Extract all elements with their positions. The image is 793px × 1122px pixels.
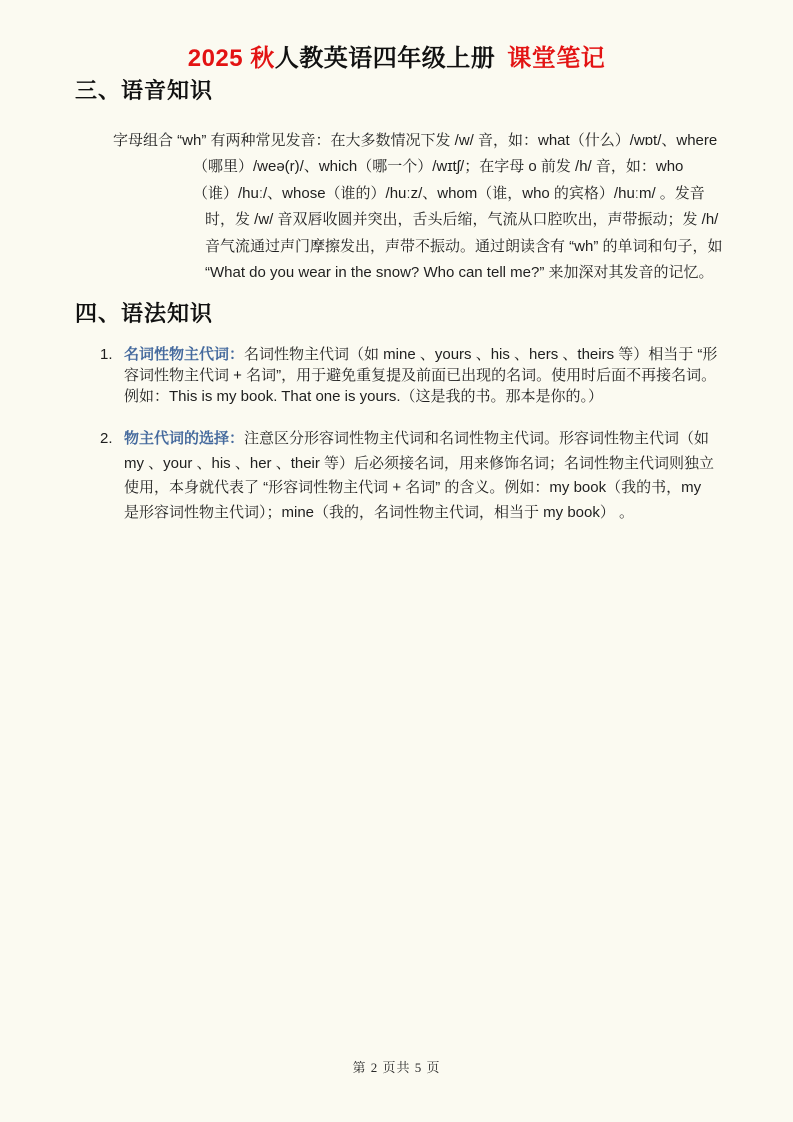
- list-item-number: 2.: [100, 427, 113, 452]
- phonetics-section-heading: 三、语音知识: [75, 74, 213, 105]
- phonetics-line: 音气流通过声门摩擦发出，声带不振动。通过朗读含有 “wh” 的单词和句子，如: [205, 234, 723, 260]
- phonetics-line: 时，发 /w/ 音双唇收圆并突出，舌头后缩，气流从口腔吹出，声带振动；发 /h/: [205, 207, 723, 233]
- page-number-footer: 第 2 页共 5 页: [0, 1057, 793, 1076]
- phonetics-paragraph: 字母组合 “wh” 有两种常见发音：在大多数情况下发 /w/ 音，如：what（…: [75, 128, 723, 286]
- list-item-label: 物主代词的选择：: [124, 430, 244, 447]
- list-item-number: 1.: [100, 344, 113, 365]
- document-title: 2025 秋人教英语四年级上册课堂笔记: [0, 38, 793, 73]
- title-black-middle: 人教英语四年级上册: [275, 45, 496, 72]
- phonetics-line: “What do you wear in the snow? Who can t…: [205, 260, 723, 286]
- phonetics-line: （哪里）/weə(r)/、which（哪一个）/wɪtʃ/；在字母 o 前发 /…: [193, 154, 723, 180]
- grammar-list: 1. 名词性物主代词：名词性物主代词（如 mine 、yours 、his 、h…: [100, 344, 720, 525]
- list-item-label: 名词性物主代词：: [124, 346, 244, 363]
- list-item-nominal-possessive: 1. 名词性物主代词：名词性物主代词（如 mine 、yours 、his 、h…: [100, 344, 720, 407]
- title-red-tail: 课堂笔记: [507, 45, 605, 72]
- title-red-lead: 2025 秋: [188, 45, 275, 72]
- grammar-section-heading: 四、语法知识: [75, 297, 213, 328]
- phonetics-line: （谁）/huː/、whose（谁的）/huːz/、whom（谁，who 的宾格）…: [193, 181, 723, 207]
- document-page: 2025 秋人教英语四年级上册课堂笔记 三、语音知识 字母组合 “wh” 有两种…: [0, 0, 793, 1122]
- phonetics-line: 字母组合 “wh” 有两种常见发音：在大多数情况下发 /w/ 音，如：what（…: [113, 128, 723, 154]
- list-item-possessive-choice: 2. 物主代词的选择：注意区分形容词性物主代词和名词性物主代词。形容词性物主代词…: [100, 427, 720, 525]
